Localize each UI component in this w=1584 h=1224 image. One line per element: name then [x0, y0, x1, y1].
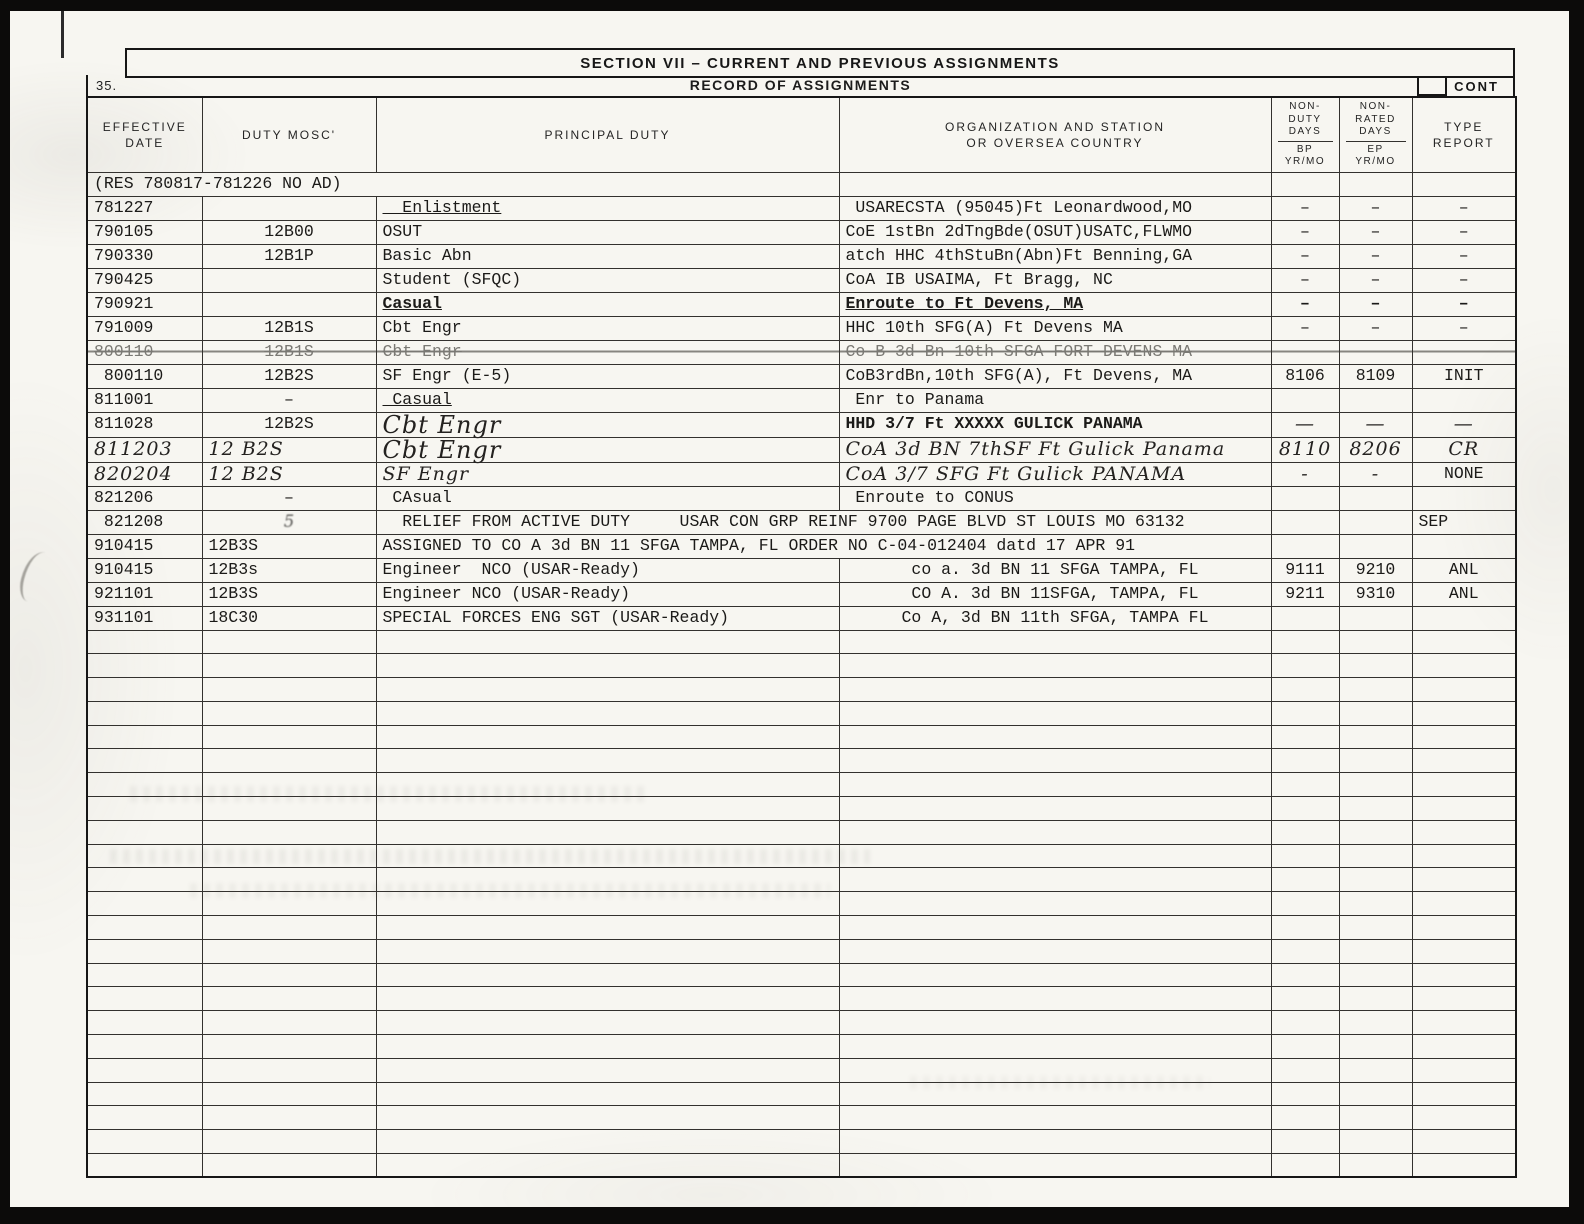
empty-cell — [1412, 963, 1516, 987]
empty-cell — [376, 892, 839, 916]
empty-cell — [202, 916, 376, 940]
cell: 12B2S — [202, 412, 376, 437]
empty-cell — [1412, 868, 1516, 892]
empty-cell — [376, 1058, 839, 1082]
table-row: 79100912B1SCbt EngrHHC 10th SFG(A) Ft De… — [87, 316, 1516, 340]
cell: 12B1S — [202, 316, 376, 340]
empty-cell — [1271, 820, 1339, 844]
empty-cell — [1271, 987, 1339, 1011]
cont-field: CONT — [1417, 76, 1499, 96]
cell: – — [1339, 196, 1412, 220]
empty-cell — [1339, 844, 1412, 868]
cell: 820204 — [87, 462, 202, 486]
cell: 910415 — [87, 558, 202, 582]
cell: HHD 3/7 Ft XXXXX GULICK PANAMA — [839, 412, 1271, 437]
empty-cell — [1412, 892, 1516, 916]
empty-cell — [1339, 678, 1412, 702]
cell: 790330 — [87, 244, 202, 268]
empty-table-row — [87, 630, 1516, 654]
cell: – — [1339, 220, 1412, 244]
empty-cell — [202, 963, 376, 987]
empty-cell — [1339, 1106, 1412, 1130]
empty-table-row — [87, 654, 1516, 678]
cell: Enroute to CONUS — [839, 486, 1271, 510]
empty-cell — [1339, 773, 1412, 797]
cell: 12B3S — [202, 534, 376, 558]
empty-cell — [376, 820, 839, 844]
empty-cell — [1412, 630, 1516, 654]
empty-cell — [1412, 987, 1516, 1011]
empty-table-row — [87, 773, 1516, 797]
table-row: 79010512B00OSUTCoE 1stBn 2dTngBde(OSUT)U… — [87, 220, 1516, 244]
empty-cell — [87, 820, 202, 844]
cell — [1412, 486, 1516, 510]
empty-cell — [1271, 1130, 1339, 1154]
cell: 12B2S — [202, 364, 376, 388]
empty-cell — [1339, 963, 1412, 987]
empty-cell — [87, 868, 202, 892]
empty-table-row — [87, 1082, 1516, 1106]
empty-cell — [202, 630, 376, 654]
empty-cell — [376, 868, 839, 892]
cell: – — [202, 486, 376, 510]
empty-cell — [87, 630, 202, 654]
table-row: 8212085 RELIEF FROM ACTIVE DUTY USAR CON… — [87, 510, 1516, 534]
cell: Cbt Engr — [376, 412, 839, 437]
empty-cell — [202, 868, 376, 892]
empty-cell — [1271, 725, 1339, 749]
cell — [1271, 606, 1339, 630]
empty-cell — [87, 1035, 202, 1059]
empty-cell — [202, 1058, 376, 1082]
empty-cell — [1412, 1035, 1516, 1059]
empty-cell — [1412, 1106, 1516, 1130]
cont-checkbox[interactable] — [1417, 76, 1447, 96]
margin-pencil-mark — [16, 548, 57, 605]
cell: Student (SFQC) — [376, 268, 839, 292]
empty-cell — [202, 1082, 376, 1106]
table-row: 790425Student (SFQC)CoA IB USAIMA, Ft Br… — [87, 268, 1516, 292]
empty-cell — [839, 939, 1271, 963]
empty-cell — [202, 820, 376, 844]
cell: 800110 — [87, 340, 202, 364]
col-header-type-report: TYPE REPORT — [1412, 97, 1516, 172]
section-header: SECTION VII – CURRENT AND PREVIOUS ASSIG… — [125, 48, 1515, 78]
cell — [1339, 340, 1412, 364]
empty-cell — [376, 939, 839, 963]
cell: NONE — [1412, 462, 1516, 486]
cell — [1412, 606, 1516, 630]
empty-cell — [202, 939, 376, 963]
empty-cell — [1271, 1035, 1339, 1059]
cell: 9211 — [1271, 582, 1339, 606]
cell: 781227 — [87, 196, 202, 220]
empty-cell — [839, 1035, 1271, 1059]
assignments-table: EFFECTIVE DATE DUTY MOSC' PRINCIPAL DUTY… — [86, 96, 1517, 1178]
col-header-nonrated-days: NON- RATED DAYS EP YR/MO — [1339, 97, 1412, 172]
empty-cell — [1412, 1154, 1516, 1178]
empty-cell — [839, 1106, 1271, 1130]
cell: 12B00 — [202, 220, 376, 244]
empty-cell — [376, 844, 839, 868]
empty-cell — [1412, 939, 1516, 963]
cell: — — [1412, 412, 1516, 437]
table-row: 781227 Enlistment USARECSTA (95045)Ft Le… — [87, 196, 1516, 220]
cell: HHC 10th SFG(A) Ft Devens MA — [839, 316, 1271, 340]
empty-cell — [839, 844, 1271, 868]
empty-cell — [376, 678, 839, 702]
empty-cell — [87, 916, 202, 940]
empty-cell — [1271, 701, 1339, 725]
cell: - — [1271, 462, 1339, 486]
empty-cell — [1412, 654, 1516, 678]
cell: 790425 — [87, 268, 202, 292]
cell: Co B 3d Bn 10th SFGA FORT DEVENS MA — [839, 340, 1271, 364]
cell — [1412, 340, 1516, 364]
table-row: 80011012B1SCbt EngrCo B 3d Bn 10th SFGA … — [87, 340, 1516, 364]
empty-cell — [1412, 1011, 1516, 1035]
table-row: 811001– Casual Enr to Panama — [87, 388, 1516, 412]
empty-cell — [1271, 773, 1339, 797]
cell: – — [1339, 292, 1412, 316]
cell: – — [1339, 268, 1412, 292]
cell: Cbt Engr — [376, 316, 839, 340]
cell: Enlistment — [376, 196, 839, 220]
empty-cell — [839, 916, 1271, 940]
cell — [1339, 534, 1412, 558]
col-header-principal-duty: PRINCIPAL DUTY — [376, 97, 839, 172]
cell: – — [1339, 244, 1412, 268]
empty-cell — [1271, 892, 1339, 916]
cell: RELIEF FROM ACTIVE DUTY USAR CON GRP REI… — [376, 510, 1271, 534]
cell: 8109 — [1339, 364, 1412, 388]
empty-cell — [1412, 1130, 1516, 1154]
empty-cell — [202, 1130, 376, 1154]
col-header-nonduty-days: NON- DUTY DAYS BP YR/MO — [1271, 97, 1339, 172]
empty-table-row — [87, 987, 1516, 1011]
cell: Casual — [376, 388, 839, 412]
record-header: 35. RECORD OF ASSIGNMENTS CONT — [86, 75, 1515, 96]
cell: – — [1339, 316, 1412, 340]
empty-cell — [1339, 820, 1412, 844]
table-row: (RES 780817-781226 NO AD) — [87, 172, 1516, 196]
empty-cell — [87, 1058, 202, 1082]
empty-cell — [202, 749, 376, 773]
cell: 800110 — [87, 364, 202, 388]
cell: (RES 780817-781226 NO AD) — [87, 172, 839, 196]
empty-cell — [839, 654, 1271, 678]
empty-cell — [202, 844, 376, 868]
section-title: SECTION VII – CURRENT AND PREVIOUS ASSIG… — [580, 55, 1060, 72]
empty-table-row — [87, 1154, 1516, 1178]
empty-cell — [376, 630, 839, 654]
cell: – — [1271, 292, 1339, 316]
empty-cell — [202, 797, 376, 821]
empty-cell — [376, 725, 839, 749]
cell: 9210 — [1339, 558, 1412, 582]
empty-cell — [1412, 820, 1516, 844]
empty-table-row — [87, 725, 1516, 749]
cell: INIT — [1412, 364, 1516, 388]
cell: CoA 3/7 SFG Ft Gulick PANAMA — [839, 462, 1271, 486]
empty-cell — [87, 678, 202, 702]
empty-cell — [839, 963, 1271, 987]
cell: 12 B2S — [202, 437, 376, 462]
table-row: 79033012B1PBasic Abnatch HHC 4thStuBn(Ab… — [87, 244, 1516, 268]
empty-cell — [202, 773, 376, 797]
empty-cell — [202, 654, 376, 678]
cell — [1412, 172, 1516, 196]
empty-cell — [839, 987, 1271, 1011]
table-header-row: EFFECTIVE DATE DUTY MOSC' PRINCIPAL DUTY… — [87, 97, 1516, 172]
empty-cell — [87, 701, 202, 725]
cell — [1271, 340, 1339, 364]
cell: SPECIAL FORCES ENG SGT (USAR-Ready) — [376, 606, 839, 630]
cell: Cbt Engr — [376, 437, 839, 462]
empty-table-row — [87, 1106, 1516, 1130]
table-row: 821206– CAsual Enroute to CONUS — [87, 486, 1516, 510]
cell: USARECSTA (95045)Ft Leonardwood,MO — [839, 196, 1271, 220]
empty-cell — [202, 1011, 376, 1035]
table-row: 91041512B3sEngineer NCO (USAR-Ready)co a… — [87, 558, 1516, 582]
empty-cell — [376, 654, 839, 678]
cell: ANL — [1412, 582, 1516, 606]
empty-cell — [1271, 630, 1339, 654]
empty-table-row — [87, 1035, 1516, 1059]
empty-cell — [87, 844, 202, 868]
cell: 9310 — [1339, 582, 1412, 606]
empty-cell — [1412, 1082, 1516, 1106]
empty-cell — [202, 892, 376, 916]
empty-cell — [87, 963, 202, 987]
empty-cell — [1271, 939, 1339, 963]
empty-cell — [1271, 868, 1339, 892]
cell: – — [1412, 244, 1516, 268]
empty-cell — [1339, 725, 1412, 749]
empty-cell — [87, 1154, 202, 1178]
col-header-effective-date: EFFECTIVE DATE — [87, 97, 202, 172]
empty-table-row — [87, 1058, 1516, 1082]
cell: SF Engr (E-5) — [376, 364, 839, 388]
empty-cell — [376, 916, 839, 940]
empty-cell — [1271, 654, 1339, 678]
empty-cell — [1339, 1011, 1412, 1035]
cell: 12B1P — [202, 244, 376, 268]
empty-table-row — [87, 749, 1516, 773]
empty-cell — [1339, 654, 1412, 678]
cell: SEP — [1412, 510, 1516, 534]
empty-cell — [839, 773, 1271, 797]
cell: – — [1271, 244, 1339, 268]
empty-cell — [202, 1106, 376, 1130]
cell: Co A, 3d BN 11th SFGA, TAMPA FL — [839, 606, 1271, 630]
empty-cell — [87, 1082, 202, 1106]
cell — [202, 292, 376, 316]
empty-cell — [839, 725, 1271, 749]
cell: 9111 — [1271, 558, 1339, 582]
empty-cell — [1412, 678, 1516, 702]
empty-cell — [202, 1154, 376, 1178]
assignments-body: (RES 780817-781226 NO AD)781227 Enlistme… — [87, 172, 1516, 1177]
col-header-organization: ORGANIZATION AND STATION OR OVERSEA COUN… — [839, 97, 1271, 172]
table-row: 81102812B2SCbt EngrHHD 3/7 Ft XXXXX GULI… — [87, 412, 1516, 437]
cell: 790105 — [87, 220, 202, 244]
empty-cell — [839, 1058, 1271, 1082]
empty-table-row — [87, 844, 1516, 868]
cell: – — [1412, 316, 1516, 340]
empty-cell — [1271, 678, 1339, 702]
empty-cell — [1412, 844, 1516, 868]
empty-cell — [87, 749, 202, 773]
empty-cell — [839, 1011, 1271, 1035]
empty-cell — [87, 654, 202, 678]
empty-cell — [202, 701, 376, 725]
empty-cell — [202, 678, 376, 702]
empty-cell — [87, 1011, 202, 1035]
cell — [202, 268, 376, 292]
empty-cell — [202, 1035, 376, 1059]
cell — [202, 196, 376, 220]
col-header-duty-mos: DUTY MOSC' — [202, 97, 376, 172]
cell: 931101 — [87, 606, 202, 630]
empty-cell — [1339, 749, 1412, 773]
cell: Casual — [376, 292, 839, 316]
empty-cell — [376, 797, 839, 821]
empty-cell — [376, 1106, 839, 1130]
cell: CAsual — [376, 486, 839, 510]
empty-cell — [1412, 749, 1516, 773]
empty-cell — [1271, 1058, 1339, 1082]
cell: atch HHC 4thStuBn(Abn)Ft Benning,GA — [839, 244, 1271, 268]
cell: Cbt Engr — [376, 340, 839, 364]
empty-cell — [1271, 963, 1339, 987]
cont-label: CONT — [1454, 79, 1499, 94]
cell: 821206 — [87, 486, 202, 510]
empty-table-row — [87, 916, 1516, 940]
cell: CR — [1412, 437, 1516, 462]
empty-cell — [87, 1130, 202, 1154]
cell — [1271, 388, 1339, 412]
table-row: 790921CasualEnroute to Ft Devens, MA––– — [87, 292, 1516, 316]
empty-table-row — [87, 797, 1516, 821]
cell — [1412, 534, 1516, 558]
empty-cell — [839, 892, 1271, 916]
empty-cell — [1412, 725, 1516, 749]
empty-cell — [839, 630, 1271, 654]
empty-cell — [839, 678, 1271, 702]
empty-cell — [87, 797, 202, 821]
empty-cell — [1339, 1035, 1412, 1059]
cell: – — [1271, 268, 1339, 292]
cell: - — [1339, 462, 1412, 486]
cell: 5 — [202, 510, 376, 534]
empty-cell — [1339, 987, 1412, 1011]
empty-cell — [376, 987, 839, 1011]
cell: CO A. 3d BN 11SFGA, TAMPA, FL — [839, 582, 1271, 606]
cell: 8110 — [1271, 437, 1339, 462]
cell: co a. 3d BN 11 SFGA TAMPA, FL — [839, 558, 1271, 582]
empty-cell — [1339, 701, 1412, 725]
empty-cell — [1339, 892, 1412, 916]
cell — [1339, 388, 1412, 412]
empty-cell — [376, 1011, 839, 1035]
empty-cell — [376, 773, 839, 797]
cell: 12B1S — [202, 340, 376, 364]
cell: CoE 1stBn 2dTngBde(OSUT)USATC,FLWMO — [839, 220, 1271, 244]
empty-cell — [1412, 916, 1516, 940]
cell: – — [1412, 268, 1516, 292]
empty-cell — [1271, 749, 1339, 773]
cell: ANL — [1412, 558, 1516, 582]
cell: 18C30 — [202, 606, 376, 630]
cell — [1412, 388, 1516, 412]
empty-cell — [839, 1154, 1271, 1178]
empty-cell — [1271, 1011, 1339, 1035]
cell: 821208 — [87, 510, 202, 534]
empty-cell — [839, 1130, 1271, 1154]
record-title: RECORD OF ASSIGNMENTS — [88, 77, 1513, 93]
cell: CoA 3d BN 7thSF Ft Gulick Panama — [839, 437, 1271, 462]
empty-cell — [1339, 868, 1412, 892]
cell — [1339, 510, 1412, 534]
cell — [839, 172, 1271, 196]
cell: — — [1271, 412, 1339, 437]
empty-cell — [839, 701, 1271, 725]
cell: 790921 — [87, 292, 202, 316]
cell — [1339, 486, 1412, 510]
empty-cell — [87, 987, 202, 1011]
table-row: 92110112B3SEngineer NCO (USAR-Ready)CO A… — [87, 582, 1516, 606]
cell: CoB3rdBn,10th SFG(A), Ft Devens, MA — [839, 364, 1271, 388]
cell — [1271, 486, 1339, 510]
cell: Enroute to Ft Devens, MA — [839, 292, 1271, 316]
empty-cell — [376, 963, 839, 987]
scanned-page: SECTION VII – CURRENT AND PREVIOUS ASSIG… — [0, 0, 1584, 1224]
cell — [1271, 510, 1339, 534]
table-row: 82020412 B2SSF EngrCoA 3/7 SFG Ft Gulick… — [87, 462, 1516, 486]
cell: 910415 — [87, 534, 202, 558]
scan-artifact-line — [61, 11, 64, 58]
empty-cell — [87, 725, 202, 749]
empty-cell — [839, 749, 1271, 773]
paper-sheet: SECTION VII – CURRENT AND PREVIOUS ASSIG… — [10, 11, 1569, 1207]
empty-cell — [839, 1082, 1271, 1106]
empty-table-row — [87, 678, 1516, 702]
empty-cell — [376, 1154, 839, 1178]
cell: – — [1412, 292, 1516, 316]
table-row: 93110118C30SPECIAL FORCES ENG SGT (USAR-… — [87, 606, 1516, 630]
cell — [1339, 606, 1412, 630]
empty-cell — [376, 1130, 839, 1154]
table-row: 91041512B3SASSIGNED TO CO A 3d BN 11 SFG… — [87, 534, 1516, 558]
empty-cell — [202, 725, 376, 749]
empty-cell — [839, 868, 1271, 892]
empty-cell — [376, 1082, 839, 1106]
empty-cell — [1271, 1106, 1339, 1130]
empty-table-row — [87, 892, 1516, 916]
empty-cell — [87, 939, 202, 963]
empty-cell — [1339, 1130, 1412, 1154]
cell: 811028 — [87, 412, 202, 437]
empty-cell — [1339, 797, 1412, 821]
cell: Engineer NCO (USAR-Ready) — [376, 582, 839, 606]
empty-cell — [1339, 916, 1412, 940]
cell: Engineer NCO (USAR-Ready) — [376, 558, 839, 582]
empty-cell — [202, 987, 376, 1011]
cell: 811203 — [87, 437, 202, 462]
cell: 12B3s — [202, 558, 376, 582]
empty-table-row — [87, 820, 1516, 844]
